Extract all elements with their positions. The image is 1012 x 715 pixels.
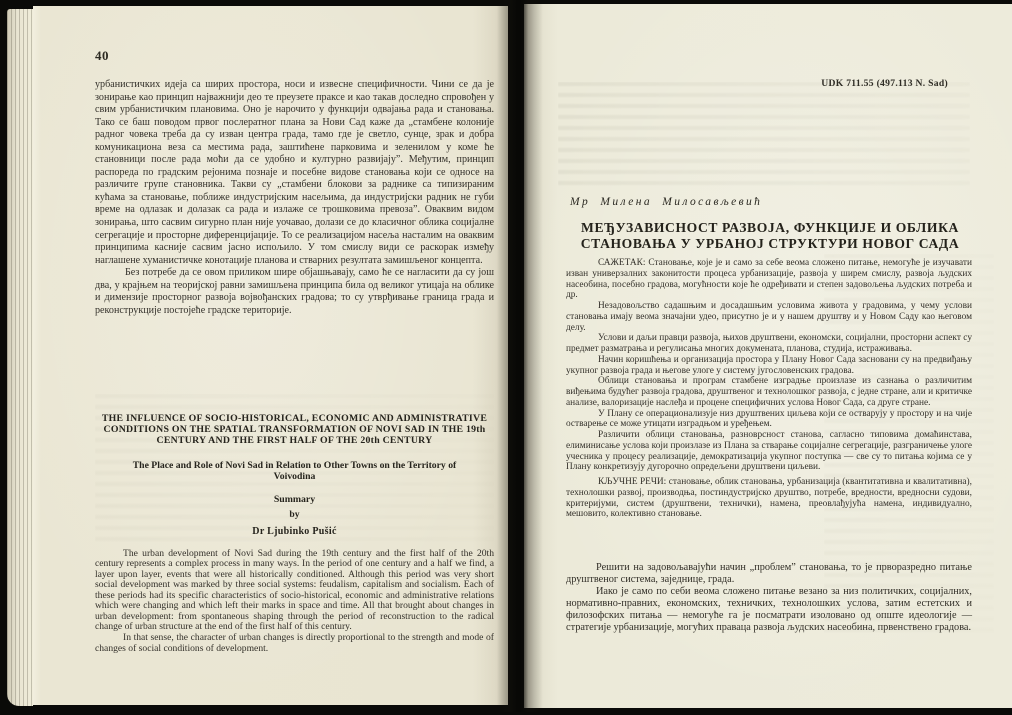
article-paragraph: Решити на задовољавајући начин „проблем”… xyxy=(566,562,972,586)
by-label: by xyxy=(95,509,494,520)
article-paragraph: Иако је само по себи веома сложено питањ… xyxy=(566,586,972,634)
summary-author: Dr Ljubinko Pušić xyxy=(95,526,494,537)
body-paragraph: урбанистичких идеја са ширих простора, н… xyxy=(95,79,494,267)
abstract-paragraph: Незадовољство садашњим и досадашњим усло… xyxy=(566,301,972,333)
left-page: 40 урбанистичких идеја са ширих простора… xyxy=(33,6,508,705)
article-text-block: Решити на задовољавајући начин „проблем”… xyxy=(566,562,972,635)
keywords-paragraph: КЉУЧНЕ РЕЧИ: становање, облик становања,… xyxy=(566,477,972,520)
right-page: UDK 711.55 (497.113 N. Sad) Мр Милена Ми… xyxy=(524,4,1012,708)
article-title: МЕЂУЗАВИСНОСТ РАЗВОЈА, ФУНКЦИЈЕ И ОБЛИКА… xyxy=(568,220,972,252)
abstract-block: САЖЕТАК: Становање, које је и само за се… xyxy=(566,258,972,559)
abstract-paragraph: Начин коришћења и организација простора … xyxy=(566,355,972,377)
abstract-paragraph: У Плану се операционализује низ друштвен… xyxy=(566,409,972,431)
page-edge-stack xyxy=(7,9,33,706)
english-title: THE INFLUENCE OF SOCIO-HISTORICAL, ECONO… xyxy=(95,413,494,447)
english-paragraph: The urban development of Novi Sad during… xyxy=(95,549,494,633)
udk-number: UDK 711.55 (497.113 N. Sad) xyxy=(821,78,948,89)
abstract-paragraph: Облици становања и програм стамбене изгр… xyxy=(566,376,972,408)
english-subtitle: The Place and Role of Novi Sad in Relati… xyxy=(113,460,476,482)
ghost-bleedthrough xyxy=(558,82,970,188)
left-page-text-block: урбанистичких идеја са ширих простора, н… xyxy=(95,79,494,317)
english-paragraph: In that sense, the character of urban ch… xyxy=(95,633,494,654)
english-text-block: The urban development of Novi Sad during… xyxy=(95,549,494,654)
summary-label: Summary xyxy=(95,494,494,505)
abstract-paragraph: САЖЕТАК: Становање, које је и само за се… xyxy=(566,258,972,301)
english-summary-section: THE INFLUENCE OF SOCIO-HISTORICAL, ECONO… xyxy=(95,413,494,654)
page-number: 40 xyxy=(95,48,109,64)
book-scan: 40 урбанистичких идеја са ширих простора… xyxy=(0,0,1012,715)
article-author: Мр Милена Милосављевић xyxy=(570,196,762,208)
abstract-paragraph: Различити облици становања, разноврсност… xyxy=(566,430,972,473)
abstract-paragraph: Услови и даљи правци развоја, њихов друш… xyxy=(566,333,972,355)
body-paragraph: Без потребе да се овом приликом шире обј… xyxy=(95,267,494,317)
